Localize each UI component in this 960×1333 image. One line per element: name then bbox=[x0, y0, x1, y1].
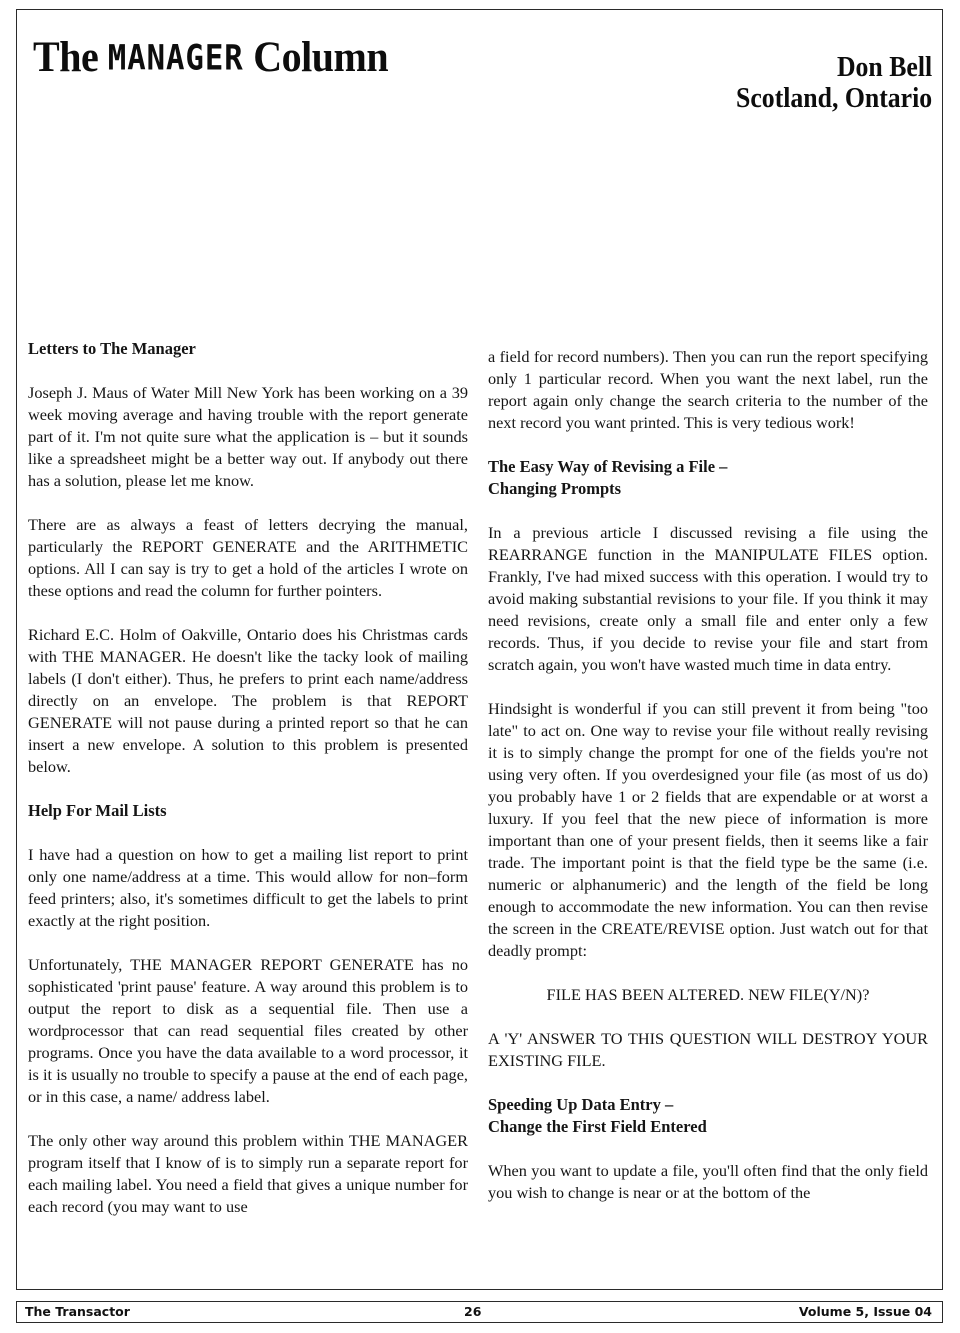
page-number: 26 bbox=[464, 1302, 481, 1321]
author-location: Scotland, Ontario bbox=[736, 83, 932, 114]
paragraph: Hindsight is wonderful if you can still … bbox=[488, 698, 928, 962]
issue-label: Volume 5, Issue 04 bbox=[799, 1302, 932, 1321]
paragraph: The only other way around this problem w… bbox=[28, 1130, 468, 1218]
paragraph: In a previous article I discussed revisi… bbox=[488, 522, 928, 676]
heading-line: Change the First Field Entered bbox=[488, 1117, 707, 1136]
paragraph: Richard E.C. Holm of Oakville, Ontario d… bbox=[28, 624, 468, 778]
page-footer: The Transactor 26 Volume 5, Issue 04 bbox=[16, 1301, 943, 1323]
title-suffix: Column bbox=[253, 34, 388, 81]
heading-speeding-up: Speeding Up Data Entry – Change the Firs… bbox=[488, 1094, 928, 1138]
heading-line: Speeding Up Data Entry – bbox=[488, 1095, 673, 1114]
paragraph: Unfortunately, THE MANAGER REPORT GENERA… bbox=[28, 954, 468, 1108]
warning-text: A 'Y' ANSWER TO THIS QUESTION WILL DESTR… bbox=[488, 1028, 928, 1072]
paragraph: Joseph J. Maus of Water Mill New York ha… bbox=[28, 382, 468, 492]
paragraph: When you want to update a file, you'll o… bbox=[488, 1160, 928, 1204]
author-name: Don Bell bbox=[736, 52, 932, 83]
heading-mail-lists: Help For Mail Lists bbox=[28, 800, 468, 822]
heading-line: Changing Prompts bbox=[488, 479, 621, 498]
heading-line: The Easy Way of Revising a File – bbox=[488, 457, 727, 476]
heading-letters: Letters to The Manager bbox=[28, 338, 468, 360]
paragraph: I have had a question on how to get a ma… bbox=[28, 844, 468, 932]
publication-name: The Transactor bbox=[25, 1302, 130, 1321]
prompt-text: FILE HAS BEEN ALTERED. NEW FILE(Y/N)? bbox=[488, 984, 928, 1006]
column-title: The MANAGER Column bbox=[33, 33, 388, 82]
paragraph: a field for record numbers). Then you ca… bbox=[488, 346, 928, 434]
title-prefix: The bbox=[33, 34, 98, 81]
heading-revising-file: The Easy Way of Revising a File – Changi… bbox=[488, 456, 928, 500]
manager-logotype: MANAGER bbox=[108, 37, 244, 78]
right-column: a field for record numbers). Then you ca… bbox=[488, 346, 928, 1226]
left-column: Letters to The Manager Joseph J. Maus of… bbox=[28, 338, 468, 1240]
byline: Don Bell Scotland, Ontario bbox=[736, 52, 932, 114]
paragraph: There are as always a feast of letters d… bbox=[28, 514, 468, 602]
